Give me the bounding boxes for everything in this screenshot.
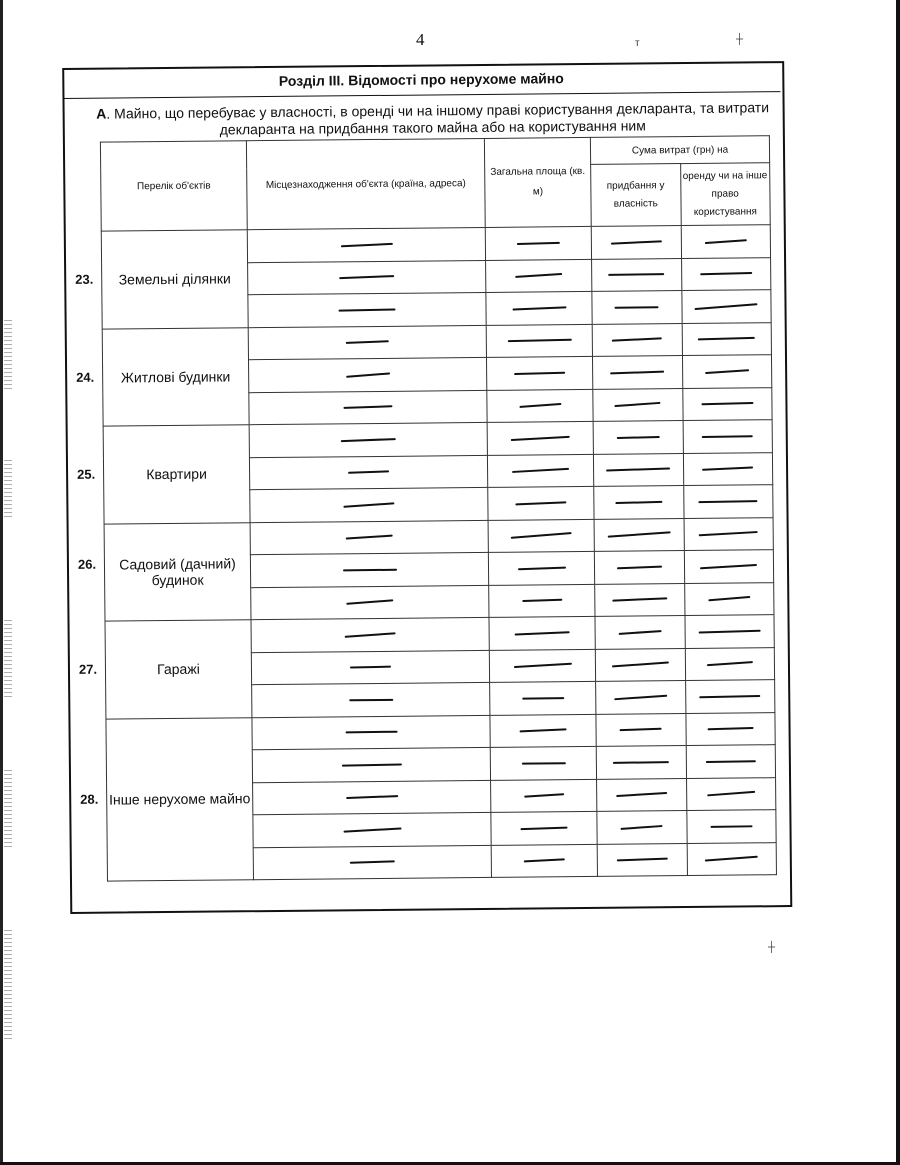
cell-location xyxy=(251,585,489,620)
empty-dash xyxy=(702,467,753,471)
empty-dash xyxy=(515,273,562,278)
cell-area xyxy=(487,389,593,423)
cell-rent xyxy=(684,550,774,583)
category-number: 26. xyxy=(78,556,96,571)
empty-dash xyxy=(346,599,393,605)
empty-dash xyxy=(615,306,659,309)
category-cell: 25.Квартири xyxy=(103,425,250,524)
cell-rent xyxy=(687,842,777,875)
header-rent: оренду чи на інше право користування xyxy=(680,163,770,226)
scan-edge-right xyxy=(896,0,900,1165)
category-cell: 23.Земельні ділянки xyxy=(101,230,248,329)
empty-dash xyxy=(521,762,565,764)
cell-purchase xyxy=(597,778,687,811)
cell-location xyxy=(250,487,488,522)
cell-area xyxy=(490,714,596,748)
cell-purchase xyxy=(594,518,684,551)
empty-dash xyxy=(348,470,389,474)
empty-dash xyxy=(515,501,566,505)
header-list: Перелік об'єктів xyxy=(100,141,247,231)
empty-dash xyxy=(612,662,669,668)
table-body: 23.Земельні ділянки24.Житлові будинки25.… xyxy=(101,225,776,881)
cell-location xyxy=(251,650,489,685)
cell-rent xyxy=(681,290,771,323)
empty-dash xyxy=(699,500,758,503)
cell-location xyxy=(252,747,490,782)
empty-dash xyxy=(708,596,750,601)
empty-dash xyxy=(346,340,389,344)
empty-dash xyxy=(343,502,394,508)
scan-noise xyxy=(4,320,12,390)
category-label: Земельні ділянки xyxy=(119,271,231,288)
category-label: Гаражі xyxy=(157,661,200,677)
empty-dash xyxy=(512,468,569,473)
category-label: Інше нерухоме майно xyxy=(109,790,251,807)
empty-dash xyxy=(522,697,564,699)
empty-dash xyxy=(618,630,661,635)
empty-dash xyxy=(707,661,753,666)
empty-dash xyxy=(350,666,391,669)
cell-rent xyxy=(681,257,771,290)
empty-dash xyxy=(611,240,662,244)
cell-purchase xyxy=(595,583,685,616)
cell-purchase xyxy=(593,453,683,486)
empty-dash xyxy=(612,597,667,601)
cell-area xyxy=(486,259,592,293)
category-cell: 24.Житлові будинки xyxy=(102,327,249,426)
category-cell: 28.Інше нерухоме майно xyxy=(106,717,254,881)
scan-noise xyxy=(4,930,12,1040)
cell-area xyxy=(488,551,594,585)
empty-dash xyxy=(620,728,662,731)
cell-location xyxy=(250,520,488,555)
real-estate-table: Перелік об'єктів Місцезнаходження об'єкт… xyxy=(100,135,777,881)
cell-area xyxy=(490,746,596,780)
empty-dash xyxy=(607,531,670,537)
empty-dash xyxy=(349,698,393,700)
category-number: 23. xyxy=(75,272,93,287)
scan-noise xyxy=(4,460,12,520)
empty-dash xyxy=(615,501,662,504)
category-number: 24. xyxy=(76,369,94,384)
empty-dash xyxy=(695,303,758,310)
cell-rent xyxy=(681,225,771,258)
empty-dash xyxy=(608,273,664,276)
empty-dash xyxy=(613,761,669,764)
cell-area xyxy=(489,584,595,618)
empty-dash xyxy=(343,568,397,571)
cell-purchase xyxy=(592,323,682,356)
empty-dash xyxy=(511,532,572,539)
empty-dash xyxy=(346,372,390,377)
empty-dash xyxy=(517,241,560,244)
cell-location xyxy=(252,682,490,717)
cell-rent xyxy=(683,485,773,518)
empty-dash xyxy=(706,760,756,763)
cell-purchase xyxy=(595,616,685,649)
subsection-heading: А. Майно, що перебуває у власності, в ор… xyxy=(93,99,773,140)
empty-dash xyxy=(519,403,561,408)
empty-dash xyxy=(700,272,752,275)
empty-dash xyxy=(710,825,752,828)
cell-area xyxy=(491,779,597,813)
subsection-letter: А xyxy=(96,106,106,122)
empty-dash xyxy=(612,337,662,341)
declaration-section: Розділ ІІІ. Відомості про нерухоме майно… xyxy=(62,41,792,904)
cell-purchase xyxy=(591,226,681,259)
category-label: Житлові будинки xyxy=(121,368,230,385)
empty-dash xyxy=(339,308,396,311)
empty-dash xyxy=(515,631,570,635)
cell-location xyxy=(249,357,487,392)
header-purchase: придбання у власність xyxy=(591,164,681,227)
cell-purchase xyxy=(592,291,682,324)
cell-area xyxy=(485,226,591,260)
empty-dash xyxy=(616,792,667,797)
category-label: Садовий (дачний) будинок xyxy=(119,555,236,588)
cell-location xyxy=(248,292,486,327)
cell-rent xyxy=(686,810,776,843)
cell-purchase xyxy=(593,388,683,421)
empty-dash xyxy=(617,565,662,569)
empty-dash xyxy=(699,531,758,536)
cell-purchase xyxy=(594,551,684,584)
cell-rent xyxy=(684,615,774,648)
empty-dash xyxy=(343,827,401,832)
cell-area xyxy=(486,291,592,325)
empty-dash xyxy=(700,564,757,569)
empty-dash xyxy=(507,339,571,343)
cell-location xyxy=(251,617,489,652)
empty-dash xyxy=(621,825,663,830)
cell-purchase xyxy=(592,356,682,389)
cell-location xyxy=(249,422,487,457)
cell-purchase xyxy=(597,843,687,876)
scan-noise xyxy=(4,620,12,700)
cell-area xyxy=(486,324,592,358)
empty-dash xyxy=(346,535,393,540)
empty-dash xyxy=(606,468,670,472)
cell-location xyxy=(247,227,485,262)
empty-dash xyxy=(610,370,664,374)
category-label: Квартири xyxy=(146,466,207,483)
cell-location xyxy=(252,715,490,750)
cell-area xyxy=(488,486,594,520)
empty-dash xyxy=(341,438,396,442)
cell-area xyxy=(490,681,596,715)
category-number: 28. xyxy=(80,792,98,807)
empty-dash xyxy=(702,435,753,438)
empty-dash xyxy=(701,402,753,405)
empty-dash xyxy=(343,405,392,409)
category-number: 25. xyxy=(77,467,95,482)
cell-purchase xyxy=(594,486,684,519)
empty-dash xyxy=(345,632,396,638)
cell-rent xyxy=(686,777,776,810)
cell-area xyxy=(486,356,592,390)
empty-dash xyxy=(350,860,395,863)
cell-location xyxy=(249,455,487,490)
cell-rent xyxy=(682,355,772,388)
empty-dash xyxy=(699,695,760,698)
cell-location xyxy=(248,325,486,360)
empty-dash xyxy=(339,275,394,279)
empty-dash xyxy=(615,402,661,407)
cell-purchase xyxy=(596,681,686,714)
cell-rent xyxy=(683,452,773,485)
cell-location xyxy=(253,845,491,880)
empty-dash xyxy=(520,728,567,732)
cell-location xyxy=(250,552,488,587)
empty-dash xyxy=(524,793,564,797)
cell-area xyxy=(491,844,597,878)
empty-dash xyxy=(698,629,760,633)
empty-dash xyxy=(707,727,753,730)
cell-purchase xyxy=(596,713,686,746)
cell-rent xyxy=(684,517,774,550)
empty-dash xyxy=(705,239,747,244)
empty-dash xyxy=(705,369,749,374)
cell-area xyxy=(489,616,595,650)
header-area: Загальна площа (кв. м) xyxy=(484,137,591,227)
category-cell: 27.Гаражі xyxy=(105,620,252,719)
empty-dash xyxy=(707,791,755,797)
cell-location xyxy=(253,780,491,815)
subsection-text: . Майно, що перебуває у власності, в оре… xyxy=(106,99,769,137)
cell-rent xyxy=(682,387,772,420)
cell-area xyxy=(487,421,593,455)
empty-dash xyxy=(705,856,758,862)
cell-rent xyxy=(685,647,775,680)
scan-noise xyxy=(4,770,12,850)
cell-rent xyxy=(683,420,773,453)
cell-purchase xyxy=(592,258,682,291)
empty-dash xyxy=(345,731,397,734)
empty-dash xyxy=(513,663,571,668)
empty-dash xyxy=(512,306,566,310)
empty-dash xyxy=(522,599,562,602)
cell-area xyxy=(487,454,593,488)
cell-purchase xyxy=(596,746,686,779)
cell-location xyxy=(253,812,491,847)
empty-dash xyxy=(514,371,565,374)
empty-dash xyxy=(520,826,567,830)
empty-dash xyxy=(340,242,392,246)
empty-dash xyxy=(698,337,755,341)
scan-edge-left xyxy=(0,0,3,1165)
cell-purchase xyxy=(597,811,687,844)
category-number: 27. xyxy=(79,662,97,677)
empty-dash xyxy=(614,694,667,700)
cell-purchase xyxy=(595,648,685,681)
empty-dash xyxy=(346,795,398,799)
empty-dash xyxy=(616,436,659,439)
empty-dash xyxy=(341,763,401,766)
cell-location xyxy=(248,260,486,295)
cell-area xyxy=(488,519,594,553)
cell-rent xyxy=(685,712,775,745)
cell-rent xyxy=(685,680,775,713)
cell-rent xyxy=(686,745,776,778)
empty-dash xyxy=(511,435,570,440)
cell-purchase xyxy=(593,421,683,454)
category-cell: 26.Садовий (дачний) будинок xyxy=(104,522,251,621)
scan-mark: ┼ xyxy=(768,942,775,953)
cell-rent xyxy=(684,582,774,615)
header-location: Місцезнаходження об'єкта (країна, адреса… xyxy=(246,138,485,229)
cell-area xyxy=(491,811,597,845)
empty-dash xyxy=(617,858,668,862)
empty-dash xyxy=(524,858,565,862)
cell-location xyxy=(249,390,487,425)
cell-area xyxy=(489,649,595,683)
cell-rent xyxy=(682,322,772,355)
header-expenses: Сума витрат (грн) на xyxy=(590,136,769,165)
empty-dash xyxy=(517,566,565,570)
